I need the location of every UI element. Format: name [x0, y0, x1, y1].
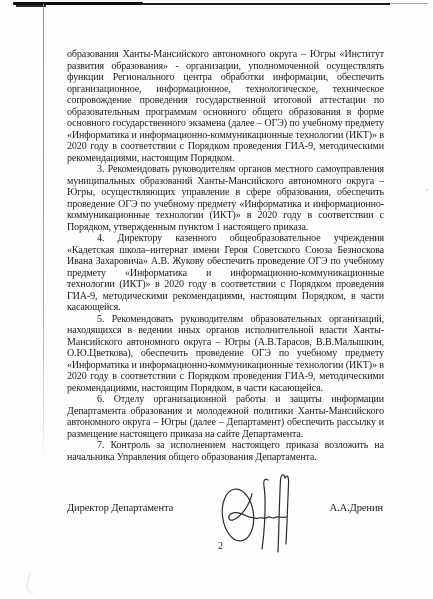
scan-artifact-top-bar-thick: [13, 2, 143, 5]
paragraph-item-4: 4. Директору казенного общеобразовательн…: [67, 233, 384, 314]
scanned-document-page: образования Ханты-Мансийского автономног…: [0, 0, 433, 599]
paragraph-continuation: образования Ханты-Мансийского автономног…: [67, 49, 384, 164]
scan-artifact-fold-line: [43, 4, 44, 467]
scan-artifact-squiggle: [25, 573, 38, 594]
paragraph-item-5: 5. Рекомендовать руководителям образоват…: [67, 314, 384, 395]
scan-artifact-top-bar-faint: [390, 3, 428, 4]
paragraph-item-3: 3. Рекомендовать руководителям органов м…: [67, 164, 384, 233]
paragraph-item-6: 6. Отделу организационной работы и защит…: [67, 394, 384, 440]
signoff-name: А.А.Дренин: [330, 503, 383, 514]
signoff-role: Директор Департамента: [67, 503, 173, 514]
scan-artifact-top-bar-thin: [143, 3, 390, 5]
scan-artifact-dot: [426, 189, 428, 191]
document-body: образования Ханты-Мансийского автономног…: [67, 49, 384, 463]
paragraph-item-7: 7. Контроль за исполнением настоящего пр…: [67, 440, 384, 463]
page-number: 2: [218, 541, 223, 552]
